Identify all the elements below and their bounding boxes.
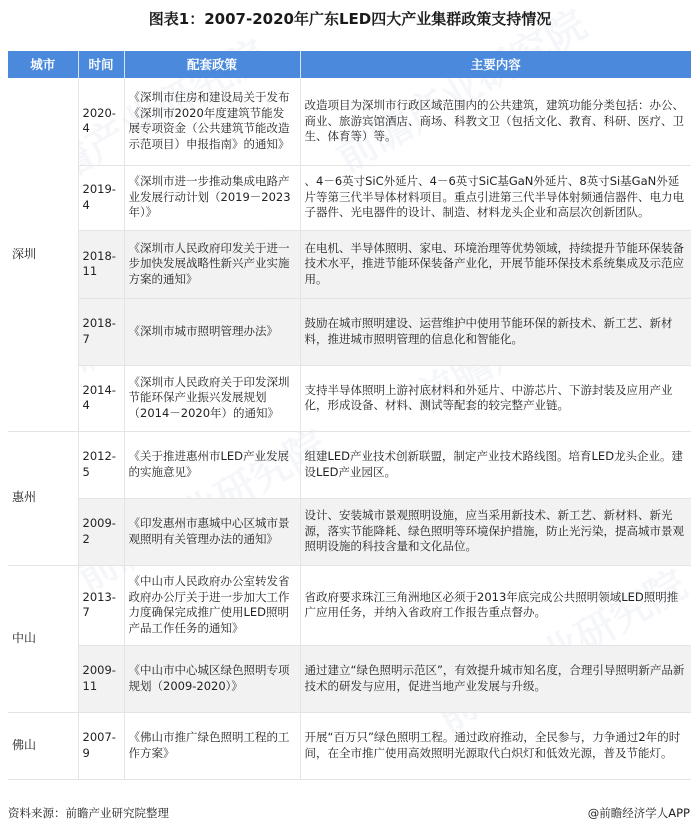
table-row: 2019-4 《深圳市进一步推动集成电路产业发展行动计划（2019－2023年）… [8, 165, 691, 230]
policy-cell: 《关于推进惠州市LED产业发展的实施意见》 [124, 431, 300, 498]
table-row: 2014-4 《深圳市人民政府关于印发深圳节能环保产业振兴发展规划（2014－2… [8, 365, 691, 431]
table-row: 2009-11 《中山市中心城区绿色照明专项规划（2009-2020）》 通过建… [8, 645, 691, 712]
time-cell: 2019-4 [78, 165, 124, 230]
time-cell: 2012-5 [78, 431, 124, 498]
policy-cell: 《深圳市进一步推动集成电路产业发展行动计划（2019－2023年）》 [124, 165, 300, 230]
time-cell: 2020-4 [78, 78, 124, 165]
column-header-policy: 配套政策 [124, 51, 300, 78]
time-cell: 2018-7 [78, 298, 124, 365]
content-cell: 开展“百万只”绿色照明工程。通过政府推动，全民参与，力争通过2年的时间，在全市推… [300, 712, 691, 779]
content-cell: 鼓励在城市照明建设、运营维护中使用节能环保的新技术、新工艺、新材料，推进城市照明… [300, 298, 691, 365]
time-cell: 2014-4 [78, 365, 124, 431]
policy-table: 城市 时间 配套政策 主要内容 深圳 2020-4 《深圳市住房和建设局关于发布… [8, 51, 691, 780]
content-cell: 设计、安装城市景观照明设施，应当采用新技术、新工艺、新材料、新光源，落实节能降耗… [300, 498, 691, 565]
page-title: 图表1：2007-2020年广东LED四大产业集群政策支持情况 [0, 8, 700, 29]
table-row: 2018-11 《深圳市人民政府印发关于进一步加快发展战略性新兴产业实施方案的通… [8, 230, 691, 298]
policy-cell: 《深圳市城市照明管理办法》 [124, 298, 300, 365]
column-header-time: 时间 [78, 51, 124, 78]
content-cell: 省政府要求珠江三角洲地区必须于2013年底完成公共照明领域LED照明推广应用任务… [300, 565, 691, 645]
policy-cell: 《中山市人民政府办公室转发省政府办公厅关于进一步加大工作力度确保完成推广使用LE… [124, 565, 300, 645]
city-cell: 惠州 [8, 431, 78, 565]
column-header-city: 城市 [8, 51, 78, 78]
time-cell: 2009-2 [78, 498, 124, 565]
table-row: 惠州 2012-5 《关于推进惠州市LED产业发展的实施意见》 组建LED产业技… [8, 431, 691, 498]
content-cell: 组建LED产业技术创新联盟，制定产业技术路线图。培育LED龙头企业。建设LED产… [300, 431, 691, 498]
city-cell: 深圳 [8, 78, 78, 431]
content-cell: 改造项目为深圳市行政区域范围内的公共建筑，建筑功能分类包括：办公、商业、旅游宾馆… [300, 78, 691, 165]
policy-cell: 《佛山市推广绿色照明工程的工作方案》 [124, 712, 300, 779]
policy-cell: 《中山市中心城区绿色照明专项规划（2009-2020）》 [124, 645, 300, 712]
policy-cell: 《深圳市住房和建设局关于发布《深圳市2020年度建筑节能发展专项资金（公共建筑节… [124, 78, 300, 165]
content-cell: 通过建立“绿色照明示范区”，有效提升城市知名度，合理引导照明新产品新技术的研发与… [300, 645, 691, 712]
table-header-row: 城市 时间 配套政策 主要内容 [8, 51, 691, 78]
city-cell: 中山 [8, 565, 78, 712]
time-cell: 2007-9 [78, 712, 124, 779]
policy-cell: 《印发惠州市惠城中心区城市景观照明有关管理办法的通知》 [124, 498, 300, 565]
time-cell: 2009-11 [78, 645, 124, 712]
city-cell: 佛山 [8, 712, 78, 779]
table-row: 2009-2 《印发惠州市惠城中心区城市景观照明有关管理办法的通知》 设计、安装… [8, 498, 691, 565]
time-cell: 2018-11 [78, 230, 124, 298]
source-note: 资料来源：前瞻产业研究院整理 [8, 805, 169, 821]
table-row: 2018-7 《深圳市城市照明管理办法》 鼓励在城市照明建设、运营维护中使用节能… [8, 298, 691, 365]
credit-note: @前瞻经济学人APP [588, 805, 690, 821]
policy-cell: 《深圳市人民政府印发关于进一步加快发展战略性新兴产业实施方案的通知》 [124, 230, 300, 298]
content-cell: 、4－6英寸SiC外延片、4－6英寸SiC基GaN外延片、8英寸Si基GaN外延… [300, 165, 691, 230]
table-row: 中山 2013-7 《中山市人民政府办公室转发省政府办公厅关于进一步加大工作力度… [8, 565, 691, 645]
table-row: 佛山 2007-9 《佛山市推广绿色照明工程的工作方案》 开展“百万只”绿色照明… [8, 712, 691, 779]
table-row: 深圳 2020-4 《深圳市住房和建设局关于发布《深圳市2020年度建筑节能发展… [8, 78, 691, 165]
policy-cell: 《深圳市人民政府关于印发深圳节能环保产业振兴发展规划（2014－2020年）的通… [124, 365, 300, 431]
time-cell: 2013-7 [78, 565, 124, 645]
content-cell: 支持半导体照明上游衬底材料和外延片、中游芯片、下游封装及应用产业化，形成设备、材… [300, 365, 691, 431]
content-cell: 在电机、半导体照明、家电、环境治理等优势领域，持续提升节能环保装备技术水平，推进… [300, 230, 691, 298]
column-header-content: 主要内容 [300, 51, 691, 78]
